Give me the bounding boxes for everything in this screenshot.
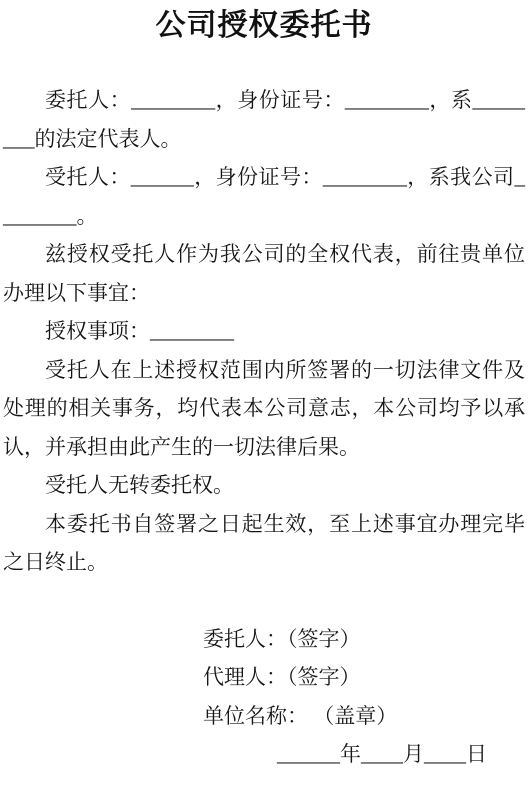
paragraph-no-sub-delegation: 受托人无转委托权。 [3, 466, 525, 505]
signature-line-agent: 代理人：（签字） [203, 658, 525, 697]
signature-line-principal: 委托人：（签字） [203, 620, 525, 659]
signature-date-line: ______年____月____日 [277, 735, 525, 774]
paragraph-trustee-info: 受托人：______，身份证号：________，系我公司________。 [3, 158, 525, 235]
paragraph-validity-period: 本委托书自签署之日起生效，至上述事宜办理完毕之日终止。 [3, 505, 525, 582]
paragraph-legal-effect: 受托人在上述授权范围内所签署的一切法律文件及处理的相关事务，均代表本公司意志，本… [3, 351, 525, 467]
signature-line-company: 单位名称： （盖章） [203, 697, 525, 736]
paragraph-principal-info: 委托人：________，身份证号：________，系________的法定代… [3, 81, 525, 158]
paragraph-authorization-matters: 授权事项：________ [3, 312, 525, 351]
signature-block: 委托人：（签字） 代理人：（签字） 单位名称： （盖章） ______年____… [203, 620, 525, 774]
paragraph-authorization-statement: 兹授权受托人作为我公司的全权代表，前往贵单位办理以下事宜： [3, 235, 525, 312]
document-title: 公司授权委托书 [3, 6, 525, 46]
document-page: 公司授权委托书 委托人：________，身份证号：________，系____… [0, 0, 529, 798]
